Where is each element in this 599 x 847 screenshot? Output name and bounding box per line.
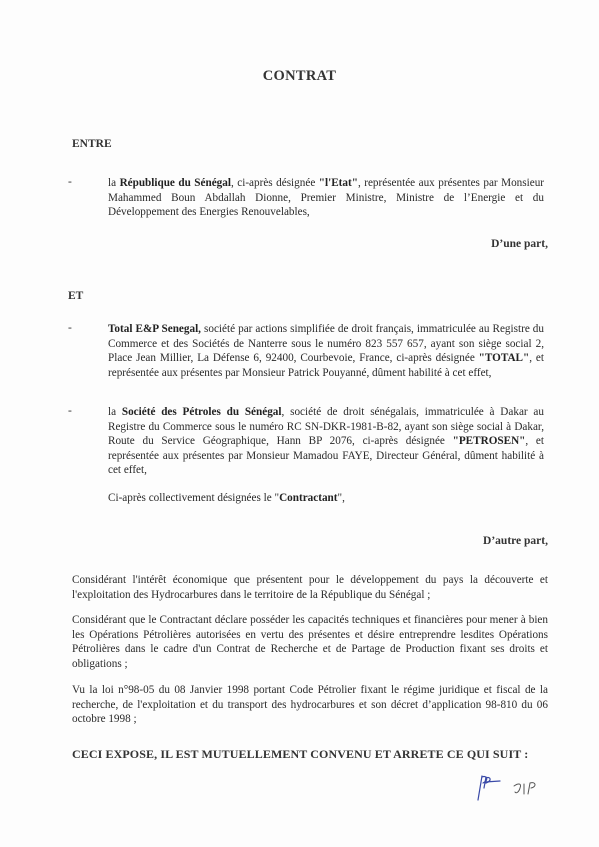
party-name: Société des Pétroles du Sénégal [122,406,282,418]
collective-designation: Ci-après collectivement désignées le "Co… [108,491,548,506]
contract-page: CONTRAT ENTRE - la République du Sénégal… [0,0,599,847]
party-name: République du Sénégal [120,177,231,189]
party-description: la République du Sénégal, ci-après désig… [108,176,544,220]
party-alias: "l'Etat" [319,177,358,189]
bullet-dash: - [68,322,72,334]
initials-signature-icon [470,770,580,810]
document-title: CONTRAT [0,68,599,85]
et-heading: ET [68,290,83,302]
contractant-term: Contractant [279,492,337,504]
considerant-paragraph-2: Considérant que le Contractant déclare p… [72,613,548,671]
vu-la-loi-paragraph: Vu la loi n°98-05 du 08 Janvier 1998 por… [72,683,548,727]
party-name: Total E&P Senegal, [108,323,201,335]
party-description: Total E&P Senegal, société par actions s… [108,322,544,380]
entre-heading: ENTRE [72,138,112,150]
bullet-dash: - [68,176,72,188]
d-autre-part: D’autre part, [300,535,548,547]
bullet-dash: - [68,405,72,417]
party-alias: "PETROSEN" [453,435,526,447]
ceci-expose-heading: CECI EXPOSE, IL EST MUTUELLEMENT CONVENU… [72,747,528,762]
party-description: la Société des Pétroles du Sénégal, soci… [108,405,544,478]
d-une-part: D’une part, [300,238,548,250]
considerant-paragraph-1: Considérant l'intérêt économique que pré… [72,573,548,602]
party-alias: "TOTAL" [479,352,530,364]
